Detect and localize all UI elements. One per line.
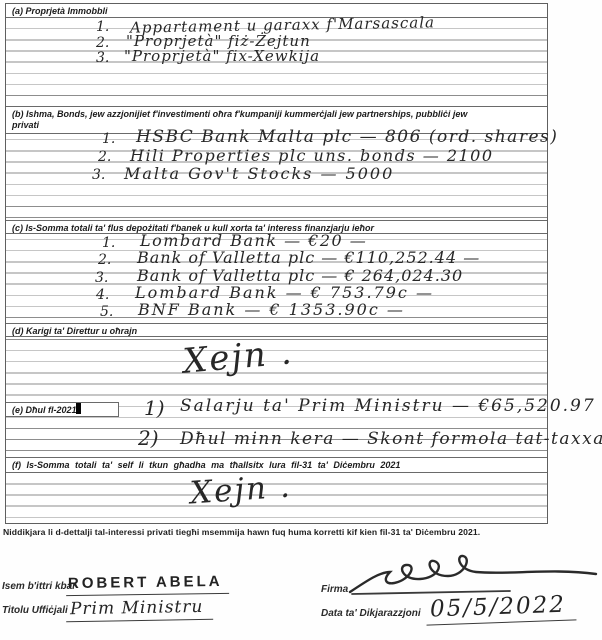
name-value: ROBERT ABELA: [66, 573, 229, 596]
entry-number: 1): [144, 398, 165, 418]
signature-label: Firma: [321, 584, 348, 595]
handwritten-entry: Bank of Valletta plc — €110,252.44 —: [137, 250, 480, 266]
section-d-label: (d) Karigi ta' Direttur u oħrajn: [12, 326, 137, 336]
entry-number: 3.: [92, 168, 105, 182]
section-e-header: (e) Dħul fl-2021: [6, 402, 119, 417]
date-value: 05/5/2022: [426, 591, 577, 625]
entry-number: 2.: [96, 36, 109, 50]
entry-number: 2): [138, 428, 159, 448]
handwritten-entry: Hili Properties plc uns. bonds — 2100: [130, 148, 494, 164]
handwritten-xejn: Xejn .: [182, 335, 295, 378]
title-value: Prim Ministru: [66, 597, 214, 623]
handwritten-entry: Malta Gov't Stocks — 5000: [124, 166, 394, 182]
name-label: Isem b'ittri kbar: [2, 581, 76, 592]
handwritten-entry: Bank of Valletta plc — € 264,024.30: [137, 268, 463, 284]
entry-number: 1.: [96, 20, 109, 34]
entry-number: 3.: [95, 271, 108, 285]
handwritten-entry: Salarju ta' Prim Ministru — €65,520.97: [180, 398, 596, 415]
entry-number: 4.: [96, 288, 109, 302]
handwritten-entry: Dħul minn kera — Skont formola tat-taxxa…: [180, 431, 602, 448]
handwritten-entry: BNF Bank — € 1353.90c —: [138, 302, 405, 318]
section-e-label: (e) Dħul fl-2021: [12, 405, 77, 415]
handwritten-entry: Lombard Bank — €20 —: [140, 233, 367, 249]
entry-number: 2.: [98, 150, 111, 164]
scanned-declaration-page: (a) Proprjetà Immobbli (b) Ishma, Bonds,…: [0, 0, 602, 640]
entry-number: 1.: [102, 236, 115, 250]
entry-number: 2.: [98, 253, 111, 267]
declaration-note: Niddikjara li d-dettalji tal-interessi p…: [3, 527, 599, 537]
section-a-label: (a) Proprjetà Immobbli: [12, 6, 108, 16]
handwritten-entry: HSBC Bank Malta plc — 806 (ord. shares): [136, 129, 558, 146]
section-f-label: (f) Is-Somma totali ta' self li tkun għa…: [12, 460, 400, 470]
handwritten-entry: "Proprjetà" fix-Xewkija: [124, 49, 320, 64]
handwritten-entry: Lombard Bank — € 753.79c —: [135, 285, 434, 301]
handwritten-xejn: Xejn .: [189, 471, 293, 509]
title-label: Titolu Uffiċjali: [2, 605, 68, 616]
date-label: Data ta' Dikjarazzjoni: [321, 608, 421, 619]
entry-number: 3.: [96, 51, 109, 65]
entry-number: 1.: [102, 132, 115, 146]
redaction-mark: [76, 403, 81, 414]
entry-number: 5.: [100, 305, 113, 319]
